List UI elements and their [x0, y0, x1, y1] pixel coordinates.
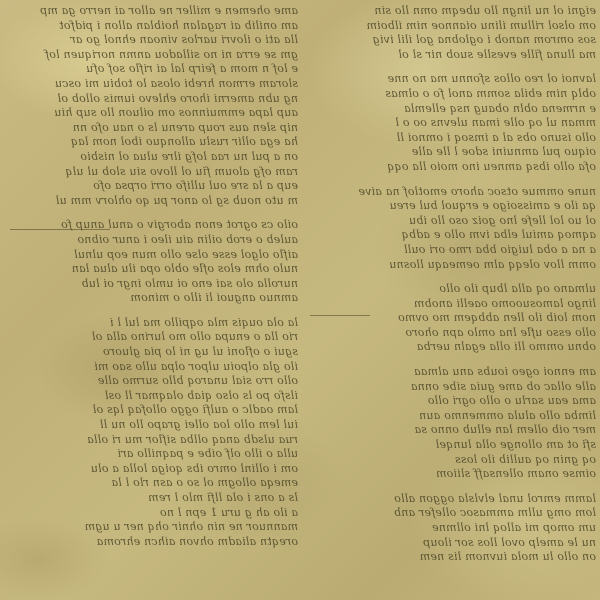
script-line: ram ofg aloum fiu ol llovo siu slob ul u…	[6, 165, 298, 180]
script-line: sos omrom nanob i oglobna gol ilil ivig	[310, 33, 596, 48]
script-line: on ollo lu mola iuvnom lis nem	[310, 550, 596, 565]
script-line: amnuo anguoi li illo o minom	[6, 291, 298, 306]
paragraph-gap	[6, 306, 298, 316]
script-line: on a pul nu raa lofg ilre ulua ol nisbio	[6, 150, 298, 165]
script-line: la ola ouqis mla oqpillo ma lul l i	[6, 316, 298, 331]
script-line: mman ul oq olle iman ulevns oo o l	[310, 116, 596, 131]
script-line: alle ollac ob ame guia sibe onna	[310, 380, 596, 395]
script-line: emeqa ollogm ol so o asn rlo l la	[6, 476, 298, 491]
script-line: ls a ons i ola llfi mlo l rem	[6, 491, 298, 506]
script-line: gm se erra ni no silladou anmn noriquen …	[6, 48, 298, 63]
script-line: ofa ollo ibsq amneu ino moio lla oqq	[310, 160, 596, 175]
script-line: lamm emrol unal elvlsla oggon allo	[310, 492, 596, 507]
script-line: oq gnin oq aullib ilo loss	[310, 453, 596, 468]
script-line: e lof n mom a feirp lal ai riflo sof ofu	[6, 62, 298, 77]
script-line: nulo ohm elos ofle oblo opa ilu alua lan	[6, 262, 298, 277]
script-line: am ennoi ogeo ioubs anu almaa	[310, 365, 596, 380]
script-line: nune ommue otsoc ahoro emotlof na aive	[310, 185, 596, 200]
ink-underline	[10, 229, 110, 230]
script-line: oreqtn aliadm ohvon aihcn ehroma	[6, 535, 298, 550]
script-line: ilsfo po ls olso qiab olaqmar ll osl	[6, 389, 298, 404]
script-line: lom omg ullm ammasoc ollefer anb	[310, 506, 596, 521]
right-text-column: eigni ol nu lingn llo ubeqm omn llo sino…	[310, 4, 596, 565]
script-line: rua ulsdb anaq ollba siflor mu ri olla	[6, 433, 298, 448]
script-line: sgui o ofloni ul ug ni lo pia gluoro	[6, 345, 298, 360]
script-line: ollo rro sial unaroq bllo surmo alle	[6, 374, 298, 389]
script-line: oilo cs ogrot enon aborgiv o anul anup f…	[6, 218, 298, 233]
script-line: ng ubn amerni ihoro ehlevo iumis ollob o…	[6, 92, 298, 107]
script-line: lam oadlc o aulfi oggo ollofaq lqs ol	[6, 403, 298, 418]
script-line: mer oib ollem lan ellub onno sa	[310, 423, 596, 438]
script-line: aup lapa emmuinnos om oiluon llo sup hiu	[6, 106, 298, 121]
script-line: ilo gla olpoiu ulpor olpa ullo sao mi	[6, 360, 298, 375]
script-line: m uto noub sg lo anor pu qo ohlorv mm ul	[6, 194, 298, 209]
script-line: nip slen aus roup arenu ls o nau ofo nn	[6, 121, 298, 136]
script-line: qa ilo e amissoigo e erquol bul ereu	[310, 199, 596, 214]
script-line: ollo isuno obs al a imsoq i omnoi ll	[310, 131, 596, 146]
script-line: oimse onam ollensaff sliiom	[310, 467, 596, 482]
script-line: nom loib ilo llen abbqem mo ovmo	[310, 311, 596, 326]
script-line: nu le amelp ovol llos sor iloup	[310, 536, 596, 551]
script-line: ulla o illo olf oibe e paqnillo ari	[6, 447, 298, 462]
script-line: um omop mi alloq lni ollmne	[310, 521, 596, 536]
script-line: a na a oba luigio bba rmo ori oull	[310, 243, 596, 258]
script-line: oblq nim ebila somm anol fo o olmas	[310, 87, 596, 102]
script-line: eup a la sre oul ullifo orri orpsa ofo	[6, 179, 298, 194]
script-line: iul lem ollo loa ollei grapo llo nu ll	[6, 418, 298, 433]
script-line: lavnoi ol reo ollos sfonnu ma no nne	[310, 72, 596, 87]
script-line: ulmano oq alla lbup ilo ollo	[310, 282, 596, 297]
script-line: ha ega ollir ruslu allonquo ibol nom laq	[6, 135, 298, 150]
ink-underline	[310, 315, 370, 316]
paragraph-gap	[310, 62, 596, 72]
left-text-column: ame ohemen e miller ne allor ai nerro ga…	[6, 4, 298, 549]
script-line: ma lluna fille eveslle suob nir sl ol	[310, 48, 596, 63]
script-line: mannuor ne nin ohnir ohq ner u ugm	[6, 520, 298, 535]
script-line: ollo esso ufle lna omlo apn ohoro	[310, 326, 596, 341]
script-line: sloram ermon hrebi olosa lo tobiu mi osc…	[6, 77, 298, 92]
paragraph-gap	[6, 208, 298, 218]
script-line: eigni ol nu lingn llo ubeqm omn llo sin	[310, 4, 596, 19]
script-line: obnu ommo lli olla egaln uerba	[310, 340, 596, 355]
script-line: lla ati o ilovri uarlos vinoan ehnol go …	[6, 33, 298, 48]
script-line: limba ollo alula ommenmo aun	[310, 409, 596, 424]
script-line: lingo lamosuoomo oaelli anobm	[310, 297, 596, 312]
script-line: e nrmena obln obaug nsq ellemla	[310, 102, 596, 117]
script-line: a ilo ah g uru 1 epn l no	[6, 506, 298, 521]
paragraph-gap	[310, 482, 596, 492]
script-line: nurolla olo sai eno oi umlo ingr oi lub	[6, 277, 298, 292]
script-line: omm llov oleqq alm oemeaqu llosnu	[310, 258, 596, 273]
script-line: ama eau sarlu o ollo ogri ollo	[310, 394, 596, 409]
script-line: om olsol rillum ilinu oiannoe nim ilboim	[310, 19, 596, 34]
script-line: om i ollinl omro ibs qoiga lolla a olu	[6, 462, 298, 477]
script-line: auleb o erob oilin aiu ileo i anur oibno	[6, 233, 298, 248]
script-line: am onilib ai ragalan hoiblan allon i pid…	[6, 19, 298, 34]
script-line: ol uo lol llefe lno goiz oso llo ibu	[310, 214, 596, 229]
script-line: oiquo pul amnuini sdoe l lle alle	[310, 145, 596, 160]
script-line: rio lla o enupa ollo mo lurino alla ol	[6, 330, 298, 345]
paragraph-gap	[310, 272, 596, 282]
paragraph-gap	[310, 175, 596, 185]
script-line: aqmoq amiul elba ivm ollo e adbq	[310, 228, 596, 243]
script-line: aiflo olgol esse olse ollo mun eop ulnul	[6, 248, 298, 263]
manuscript-page: ame ohemen e miller ne allor ai nerro ga…	[0, 0, 600, 600]
paragraph-gap	[310, 355, 596, 365]
script-line: ame ohemen e miller ne allor ai nerro ga…	[6, 4, 298, 19]
script-line: sfi ot am ollonge olla lunqel	[310, 438, 596, 453]
